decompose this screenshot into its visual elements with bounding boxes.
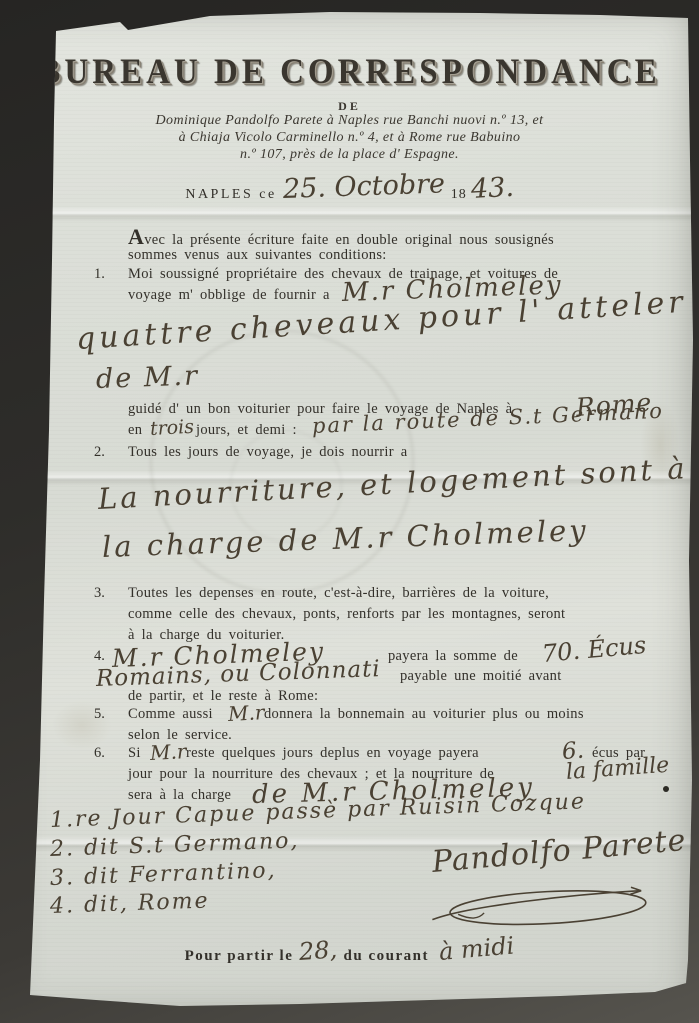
departure-line: Pour partir le 28, du courant à midi: [0, 938, 699, 966]
clause-number: 5.: [94, 706, 105, 723]
clause-number: 2.: [94, 444, 105, 461]
clause-line: payera la somme de: [388, 648, 518, 665]
clause-line: jours, et demi :: [196, 422, 297, 439]
dateline-year-printed: 18: [451, 187, 467, 202]
clause-line: Comme aussi: [128, 706, 213, 723]
handwritten-fill-line: de M.r: [95, 360, 199, 395]
letterhead-address-line: n.º 107, près de la place d' Espagne.: [0, 147, 699, 163]
clause-line: comme celle des chevaux, ponts, renforts…: [128, 606, 565, 623]
departure-time-handwritten: à midi: [438, 931, 516, 965]
handwritten-mr: M.r: [149, 739, 187, 765]
letterhead-address-line: Dominique Pandolfo Parete à Naples rue B…: [0, 113, 699, 129]
clause-number: 6.: [94, 745, 105, 762]
handwritten-amount: 70. Écus: [541, 631, 648, 668]
letterhead-de: DE: [0, 99, 699, 114]
clause-line: voyage m' obblige de fournir a: [128, 287, 330, 304]
drop-cap: A: [128, 224, 144, 249]
intro-text: vec la présente écriture faite en double…: [144, 232, 554, 248]
departure-printed: Pour partir le: [185, 948, 294, 964]
letterhead-address-line: à Chiaja Vicolo Carminello n.º 4, et à R…: [0, 130, 699, 146]
fold-crease: [30, 206, 693, 222]
clause-number: 4.: [94, 648, 105, 665]
dateline-day-month-handwritten: 25. Octobre: [282, 168, 445, 205]
ink-spot: [663, 786, 669, 792]
clause-line: Toutes les depenses en route, c'est-à-di…: [128, 585, 549, 602]
clause-line: donnera la bonnemain au voiturier plus o…: [264, 706, 584, 723]
document-paper: BUREAU DE CORRESPONDANCE DE Dominique Pa…: [0, 0, 699, 1023]
clause-line: en: [128, 422, 142, 439]
handwritten-fill-line: la charge de M.r Cholmeley: [101, 513, 589, 564]
clause-line: de partir, et le reste à Rome:: [128, 688, 318, 705]
clause-line: reste quelques jours deplus en voyage pa…: [186, 745, 479, 762]
signature-flourish: [427, 876, 655, 943]
clause-number: 1.: [94, 266, 105, 283]
dateline-place-printed: NAPLES ce: [185, 187, 276, 202]
clause-line: Tous les jours de voyage, je dois nourri…: [128, 444, 408, 461]
itinerary-day-4: 4. dit, Rome: [50, 888, 210, 919]
clause-number: 3.: [94, 585, 105, 602]
signature-flourish-icon: [427, 876, 654, 938]
clause-line: Si: [128, 745, 141, 762]
departure-printed: du courant: [344, 948, 429, 964]
photo-background: BUREAU DE CORRESPONDANCE DE Dominique Pa…: [0, 0, 699, 1023]
signature-name: Pandolfo Parete: [430, 823, 687, 880]
handwritten-mr: M.r: [227, 700, 265, 726]
dateline: NAPLES ce 25. Octobre 18 43.: [0, 174, 699, 205]
clause-line: payable une moitié avant: [400, 668, 562, 685]
itinerary-day-2: 2. dit S.t Germano,: [50, 828, 300, 862]
intro-line: sommes venus aux suivantes conditions:: [128, 247, 387, 264]
dateline-year-handwritten: 43.: [470, 172, 515, 205]
folded-corner: [657, 979, 691, 1001]
handwritten-days: trois: [149, 416, 194, 440]
departure-day-handwritten: 28,: [298, 935, 338, 966]
itinerary-day-3: 3. dit Ferrantino,: [50, 858, 277, 891]
letterhead-title: BUREAU DE CORRESPONDANCE: [0, 53, 699, 93]
